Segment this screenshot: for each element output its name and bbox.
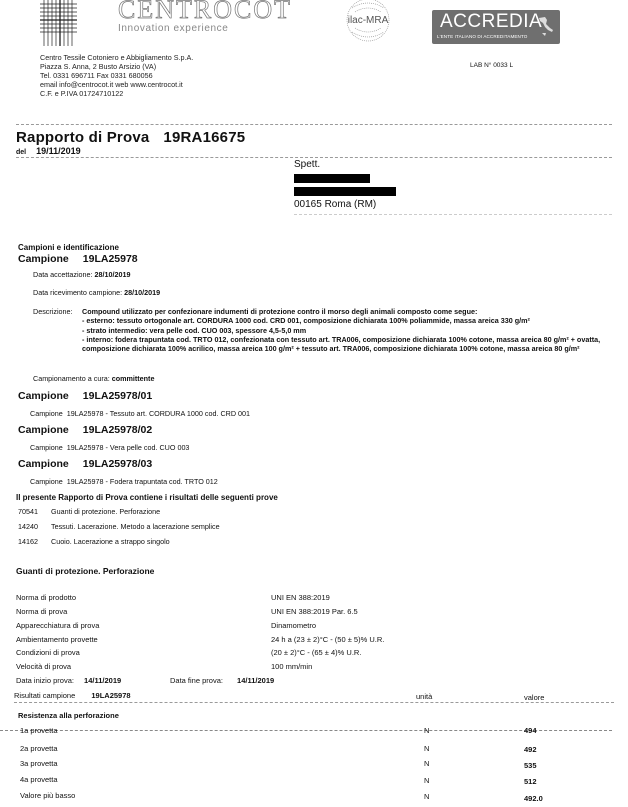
sample-sub-detail: Campione 19LA25978 - Tessuto art. CORDUR… [30,409,250,418]
start-date: 14/11/2019 [84,676,121,685]
accredia-logo: ACCREDIA L'ENTE ITALIANO DI ACCREDITAMEN… [432,10,560,44]
divider [16,124,612,125]
test-list-item: 14162Cuoio. Lacerazione a strappo singol… [18,537,170,546]
group-title: Resistenza alla perforazione [18,711,119,720]
test-end: Data fine prova: 14/11/2019 [170,676,274,685]
company-line: Piazza S. Anna, 2 Busto Arsizio (VA) [40,62,193,71]
sample-sub-detail: Campione 19LA25978 - Vera pelle cod. CUO… [30,443,189,452]
samples-section-title: Campioni e identificazione [18,243,119,253]
test-code: 70541 [18,507,51,516]
sample-main-heading: Campione19LA25978 [18,253,138,265]
result-label: 1a provetta [20,726,58,735]
recipient-city: 00165 Roma (RM) [294,199,376,210]
result-label: 4a provetta [20,775,58,784]
result-value: 512 [524,777,564,786]
description-label: Descrizione: [33,307,73,316]
report-title: Rapporto di Prova19RA16675 [16,129,245,146]
results-sample: 19LA25978 [91,691,130,700]
sample-sub-heading: Campione19LA25978/01 [18,390,152,402]
sample-label: Campione [18,253,69,265]
param-value: UNI EN 388:2019 [271,593,330,602]
accredia-label: ACCREDIA [440,11,542,33]
redacted-recipient-address [294,187,396,196]
col-value: valore [524,693,544,702]
col-unit: unità [416,692,432,701]
divider [14,702,614,703]
result-value: 494 [524,726,564,735]
sample-sub-heading: Campione19LA25978/02 [18,424,152,436]
divider [16,157,612,158]
test-list-item: 70541Guanti di protezione. Perforazione [18,507,160,516]
report-date-value: 19/11/2019 [36,146,81,156]
result-label: 2a provetta [20,744,58,753]
sample-sub-heading: Campione19LA25978/03 [18,458,152,470]
result-unit: N [424,726,429,735]
company-line: C.F. e P.IVA 01724710122 [40,89,193,98]
divider [294,214,612,215]
description-line: - strato intermedio: vera pelle cod. CUO… [82,326,612,335]
result-value: 535 [524,761,564,770]
description-line: - esterno: tessuto ortogonale art. CORDU… [82,316,612,325]
ilac-label: ilac-MRA [348,15,389,26]
end-label: Data fine prova: [170,676,223,685]
company-info: Centro Tessile Cotoniero e Abbigliamento… [40,53,193,98]
param-label: Condizioni di prova [16,648,80,657]
result-label: Valore più basso [20,791,75,800]
param-value: UNI EN 388:2019 Par. 6.5 [271,607,358,616]
param-value: Dinamometro [271,621,316,630]
logo-grid-icon [40,0,77,46]
result-unit: N [424,744,429,753]
results-label: Risultati campione [14,691,75,700]
test-list-item: 14240Tessuti. Lacerazione. Metodo a lace… [18,522,220,531]
sample-id: 19LA25978 [83,253,138,265]
param-label: Norma di prova [16,607,67,616]
param-label: Velocità di prova [16,662,71,671]
description: Compound utilizzato per confezionare ind… [82,307,612,353]
acceptance-date: Data accettazione: 28/10/2019 [33,270,131,279]
test-code: 14240 [18,522,51,531]
sampling-info: Campionamento a cura: committente [33,374,154,383]
result-unit: N [424,776,429,785]
italy-map-icon [536,16,554,38]
result-unit: N [424,792,429,801]
test-name: Guanti di protezione. Perforazione [51,507,160,516]
brand-name: CENTROCOT [118,0,292,24]
result-value: 492 [524,745,564,754]
tests-intro: Il presente Rapporto di Prova contiene i… [16,493,278,503]
receipt-date: Data ricevimento campione: 28/10/2019 [33,288,160,297]
start-label: Data inizio prova: [16,676,74,685]
param-label: Norma di prodotto [16,593,76,602]
company-line: Centro Tessile Cotoniero e Abbigliamento… [40,53,193,62]
param-value: 100 mm/min [271,662,312,671]
lab-number: LAB N° 0033 L [470,62,513,69]
report-date-label: del [16,149,26,156]
report-date: del19/11/2019 [16,146,81,156]
test-section-title: Guanti di protezione. Perforazione [16,566,154,576]
test-code: 14162 [18,537,51,546]
sample-sub-detail: Campione 19LA25978 - Fodera trapuntata c… [30,477,218,486]
report-title-label: Rapporto di Prova [16,129,149,146]
ilac-mra-logo-icon: ilac-MRA [336,0,400,44]
redacted-recipient-name [294,174,370,183]
result-unit: N [424,759,429,768]
test-name: Cuoio. Lacerazione a strappo singolo [51,537,170,546]
brand-tagline: Innovation experience [118,23,228,34]
test-name: Tessuti. Lacerazione. Metodo a lacerazio… [51,522,220,531]
result-value: 492.0 [524,794,564,803]
results-header: Risultati campione 19LA25978 [14,691,131,700]
company-line: Tel. 0331 696711 Fax 0331 680056 [40,71,193,80]
param-label: Apparecchiatura di prova [16,621,99,630]
param-label: Ambientamento provette [16,635,98,644]
param-value: 24 h a (23 ± 2)°C - (50 ± 5)% U.R. [271,635,384,644]
result-label: 3a provetta [20,759,58,768]
end-date: 14/11/2019 [237,676,274,685]
test-dates: Data inizio prova: 14/11/2019 [16,676,121,685]
company-line: email info@centrocot.it web www.centroco… [40,80,193,89]
description-line: Compound utilizzato per confezionare ind… [82,307,612,316]
recipient-salutation: Spett. [294,159,320,170]
divider [0,730,612,731]
param-value: (20 ± 2)°C - (65 ± 4)% U.R. [271,648,361,657]
report-number: 19RA16675 [163,129,245,146]
accredia-sub: L'ENTE ITALIANO DI ACCREDITAMENTO [437,34,527,39]
description-line: - interno: fodera trapuntata cod. TRTO 0… [82,335,612,354]
